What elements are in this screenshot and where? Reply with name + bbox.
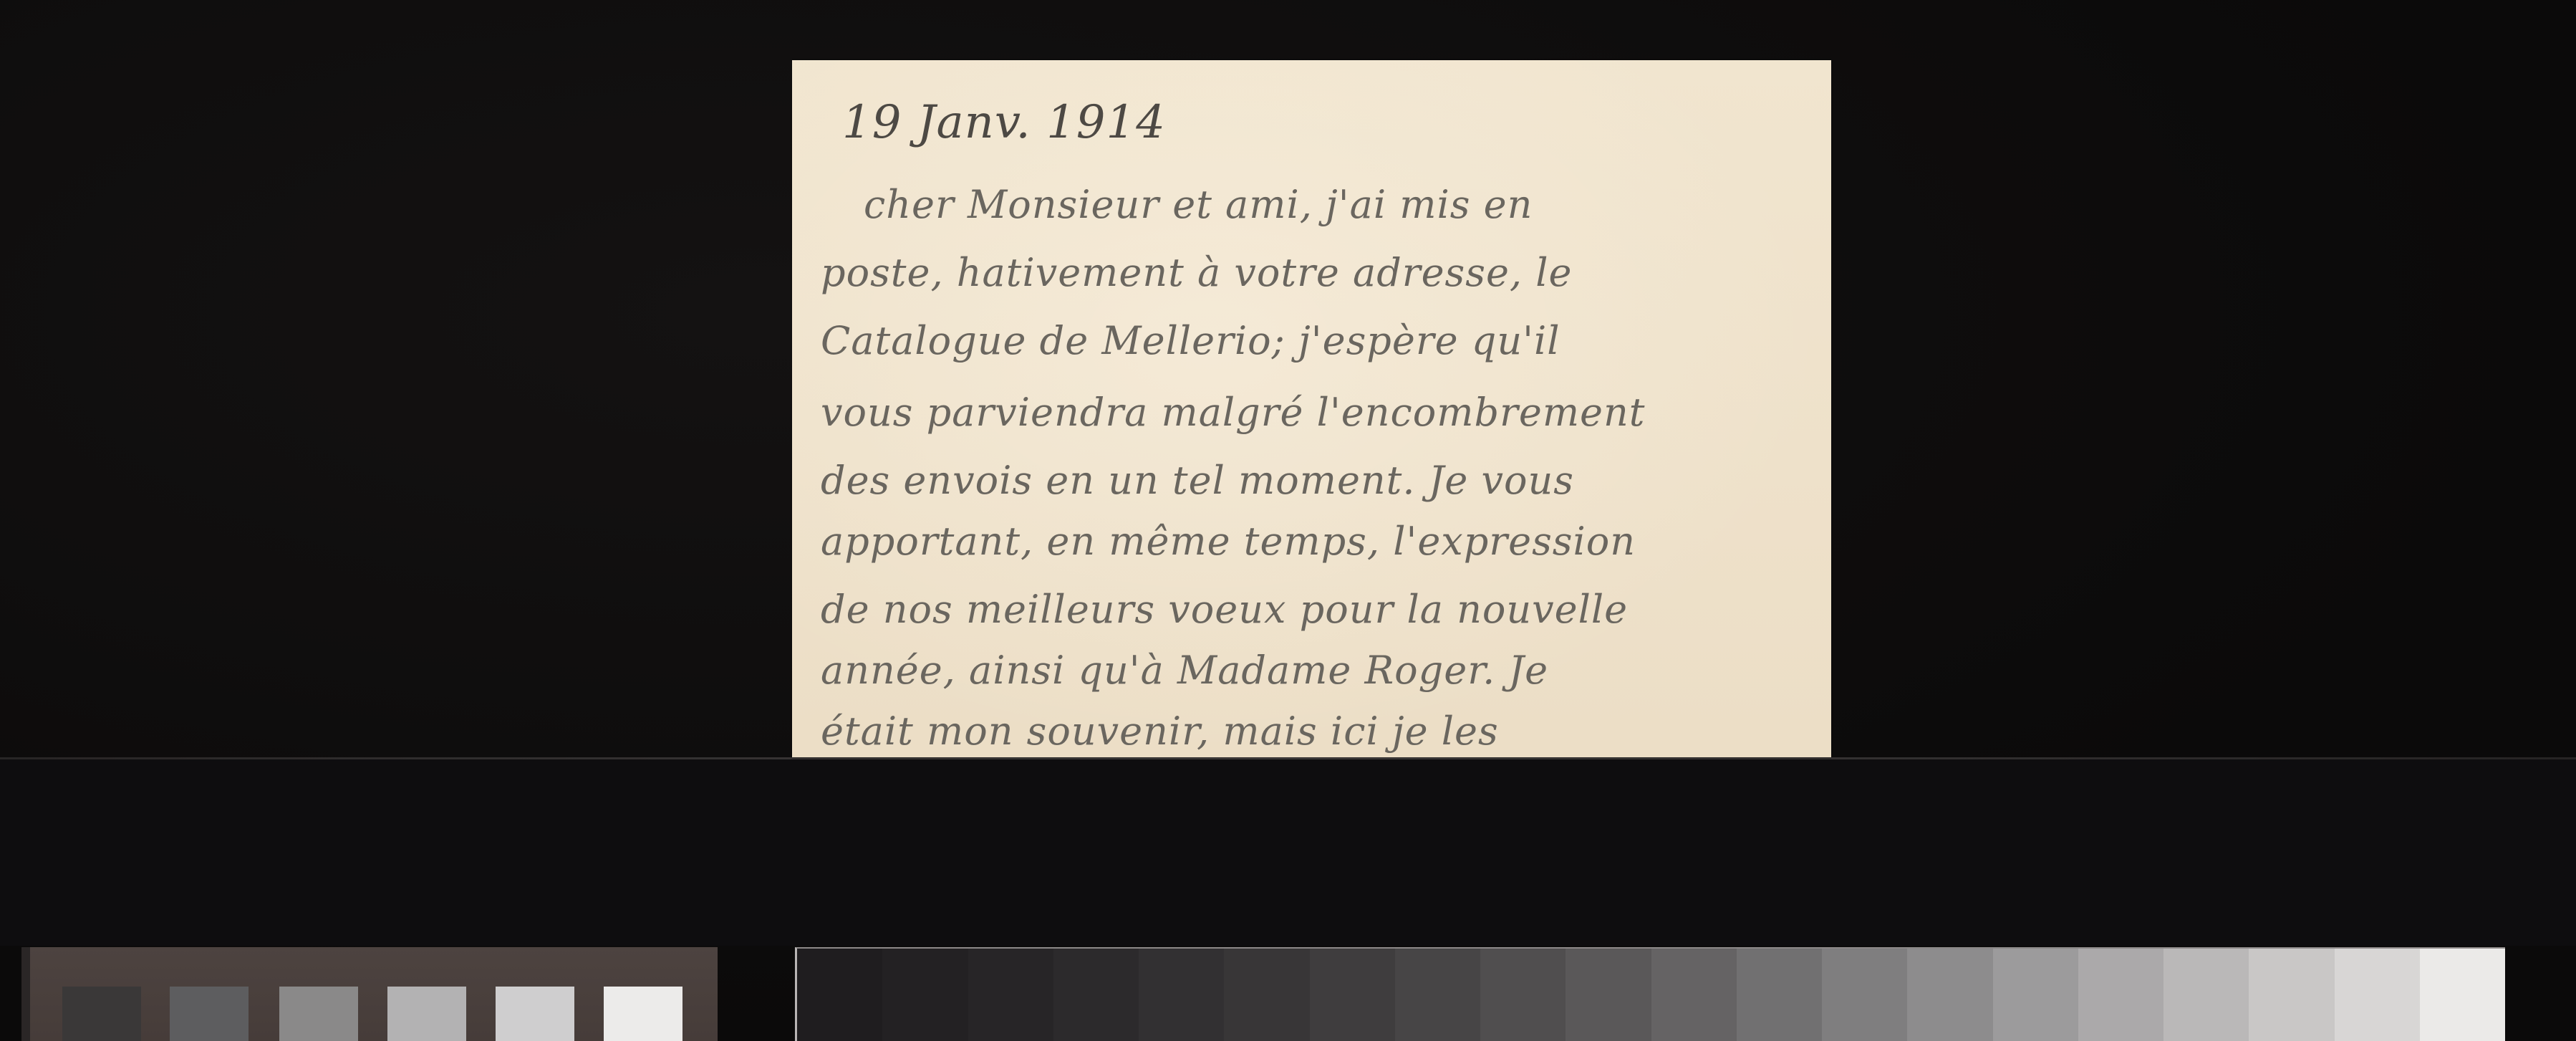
card-line-7: de nos meilleurs voeux pour la nouvelle [821,587,1628,632]
gray-patch [496,987,574,1041]
scan-stage: 19 Janv. 1914 cher Monsieur et ami, j'ai… [0,0,2576,1041]
gray-patch [170,987,249,1041]
gray-step [1566,949,1651,1041]
gray-patch [279,987,358,1041]
gray-step [1822,949,1907,1041]
grayscale-step-wedge [795,947,2505,1041]
gray-step [1395,949,1480,1041]
gray-patch [387,987,466,1041]
card-line-3: Catalogue de Mellerio; j'espère qu'il [821,318,1560,363]
gray-step [1310,949,1395,1041]
gray-patch [62,987,141,1041]
gray-step [1907,949,1992,1041]
patch-card-edge [21,947,30,1041]
card-line-1: cher Monsieur et ami, j'ai mis en [864,182,1533,227]
gray-step [1993,949,2078,1041]
card-line-8: année, ainsi qu'à Madame Roger. Je [821,648,1548,693]
handwritten-card: 19 Janv. 1914 cher Monsieur et ami, j'ai… [792,60,1831,757]
card-line-6: apportant, en même temps, l'expression [821,519,1636,564]
grayscale-patch-card [30,947,718,1041]
gray-step [1737,949,1822,1041]
gray-step [1480,949,1566,1041]
card-line-5: des envois en un tel moment. Je vous [821,458,1574,503]
gray-step [968,949,1053,1041]
card-date: 19 Janv. 1914 [842,96,1166,149]
background-lower-band [0,759,2576,946]
gray-step [2163,949,2249,1041]
card-line-9: était mon souvenir, mais ici je les [821,709,1499,754]
gray-step [797,949,882,1041]
gray-step [1651,949,1737,1041]
gray-step [1053,949,1139,1041]
card-line-2: poste, hativement à votre adresse, le [821,250,1572,295]
background-seam-line [0,757,2576,759]
gray-step [1224,949,1309,1041]
gray-step [882,949,968,1041]
gray-step [2335,949,2420,1041]
gray-step [2078,949,2163,1041]
gray-step [1139,949,1224,1041]
card-line-4: vous parviendra malgré l'encombrement [821,390,1645,435]
gray-step [2249,949,2334,1041]
gray-step [2420,949,2505,1041]
gray-patch [604,987,682,1041]
